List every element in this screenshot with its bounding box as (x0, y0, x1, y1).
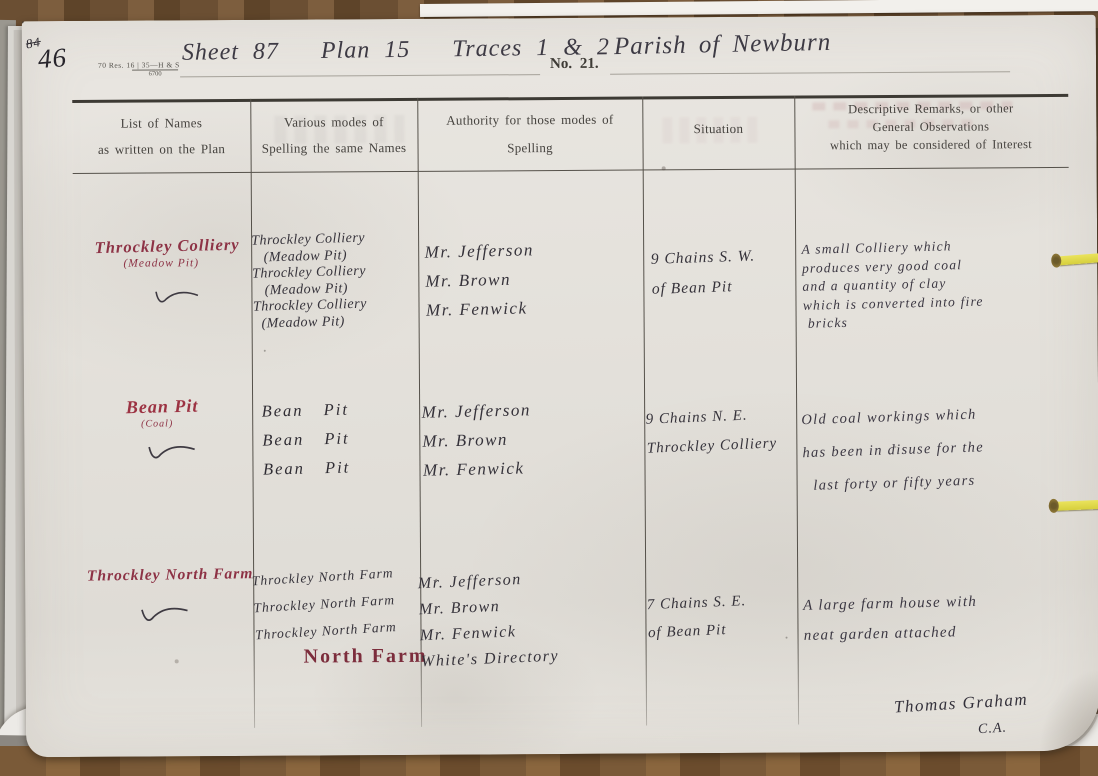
scanned-name-book-page: 84 46 70 Res. 16 | 35—H & S 6700 Sheet 8… (0, 0, 1098, 776)
header-authority: Authority for those modes of Spelling (417, 105, 642, 162)
checkmark (143, 438, 197, 467)
header-underline (180, 74, 540, 77)
spelling-extra-north-farm: North Farm (304, 645, 428, 669)
authorities-cell: Mr. Jefferson Mr. Brown Mr. Fenwick (424, 235, 535, 325)
plan-name-sub: (Meadow Pit) (81, 257, 241, 270)
header-list-of-names: List of Names as written on the Plan (72, 110, 250, 163)
header-underline (610, 71, 1010, 74)
situation-cell: 9 Chains N. E. Throckley Colliery (645, 400, 778, 463)
sheet-plan-traces-script: Sheet 87 Plan 15 Traces 1 & 2 (182, 34, 610, 67)
print-code-sub: 6700 (132, 69, 178, 77)
table-header-bottom-rule (73, 167, 1069, 174)
plan-name-sub: (Coal) (82, 418, 232, 430)
number-label: No. 21. (550, 56, 599, 73)
checkmark (150, 283, 201, 311)
yellow-ribbon-marker (1059, 253, 1098, 265)
authorities-cell: Mr. Jefferson Mr. Brown Mr. Fenwick (421, 395, 532, 485)
header-modes-of-spelling: Various modes of Spelling the same Names (250, 109, 417, 162)
spellings-cell: Bean Pit Bean Pit Bean Pit (261, 395, 350, 484)
signature-name: Thomas Graham (893, 690, 1028, 718)
checkmark (137, 601, 190, 628)
yellow-ribbon-marker (1057, 500, 1098, 511)
remarks-cell: Old coal workings which has been in disu… (801, 395, 1084, 503)
paper-specks (22, 21, 24, 23)
plan-name: Throckley North Farm (77, 565, 263, 586)
page-corner-curl-shade (1012, 633, 1098, 754)
authorities-cell: Mr. Jefferson Mr. Brown Mr. Fenwick Whit… (417, 566, 559, 676)
situation-cell: 9 Chains S. W. of Bean Pit (650, 241, 756, 304)
parish-name-script: Parish of Newburn (614, 29, 832, 61)
folio-number: 46 (37, 42, 68, 75)
column-divider-4 (794, 96, 799, 725)
signature-title: C.A. (978, 721, 1008, 739)
print-code: 70 Res. 16 | 35—H & S (98, 60, 180, 69)
plan-name: Throckley Colliery (81, 234, 253, 258)
paper-page: 84 46 70 Res. 16 | 35—H & S 6700 Sheet 8… (22, 15, 1098, 758)
plan-name: Bean Pit (82, 395, 242, 420)
situation-cell: 7 Chains S. E. of Bean Pit (646, 587, 748, 647)
header-descriptive-remarks: Descriptive Remarks, or other General Ob… (794, 99, 1067, 155)
spellings-cell: Throckley Colliery (Meadow Pit) Throckle… (251, 229, 429, 333)
header-situation: Situation (642, 121, 794, 138)
remarks-cell: A small Colliery which produces very goo… (801, 235, 1071, 334)
